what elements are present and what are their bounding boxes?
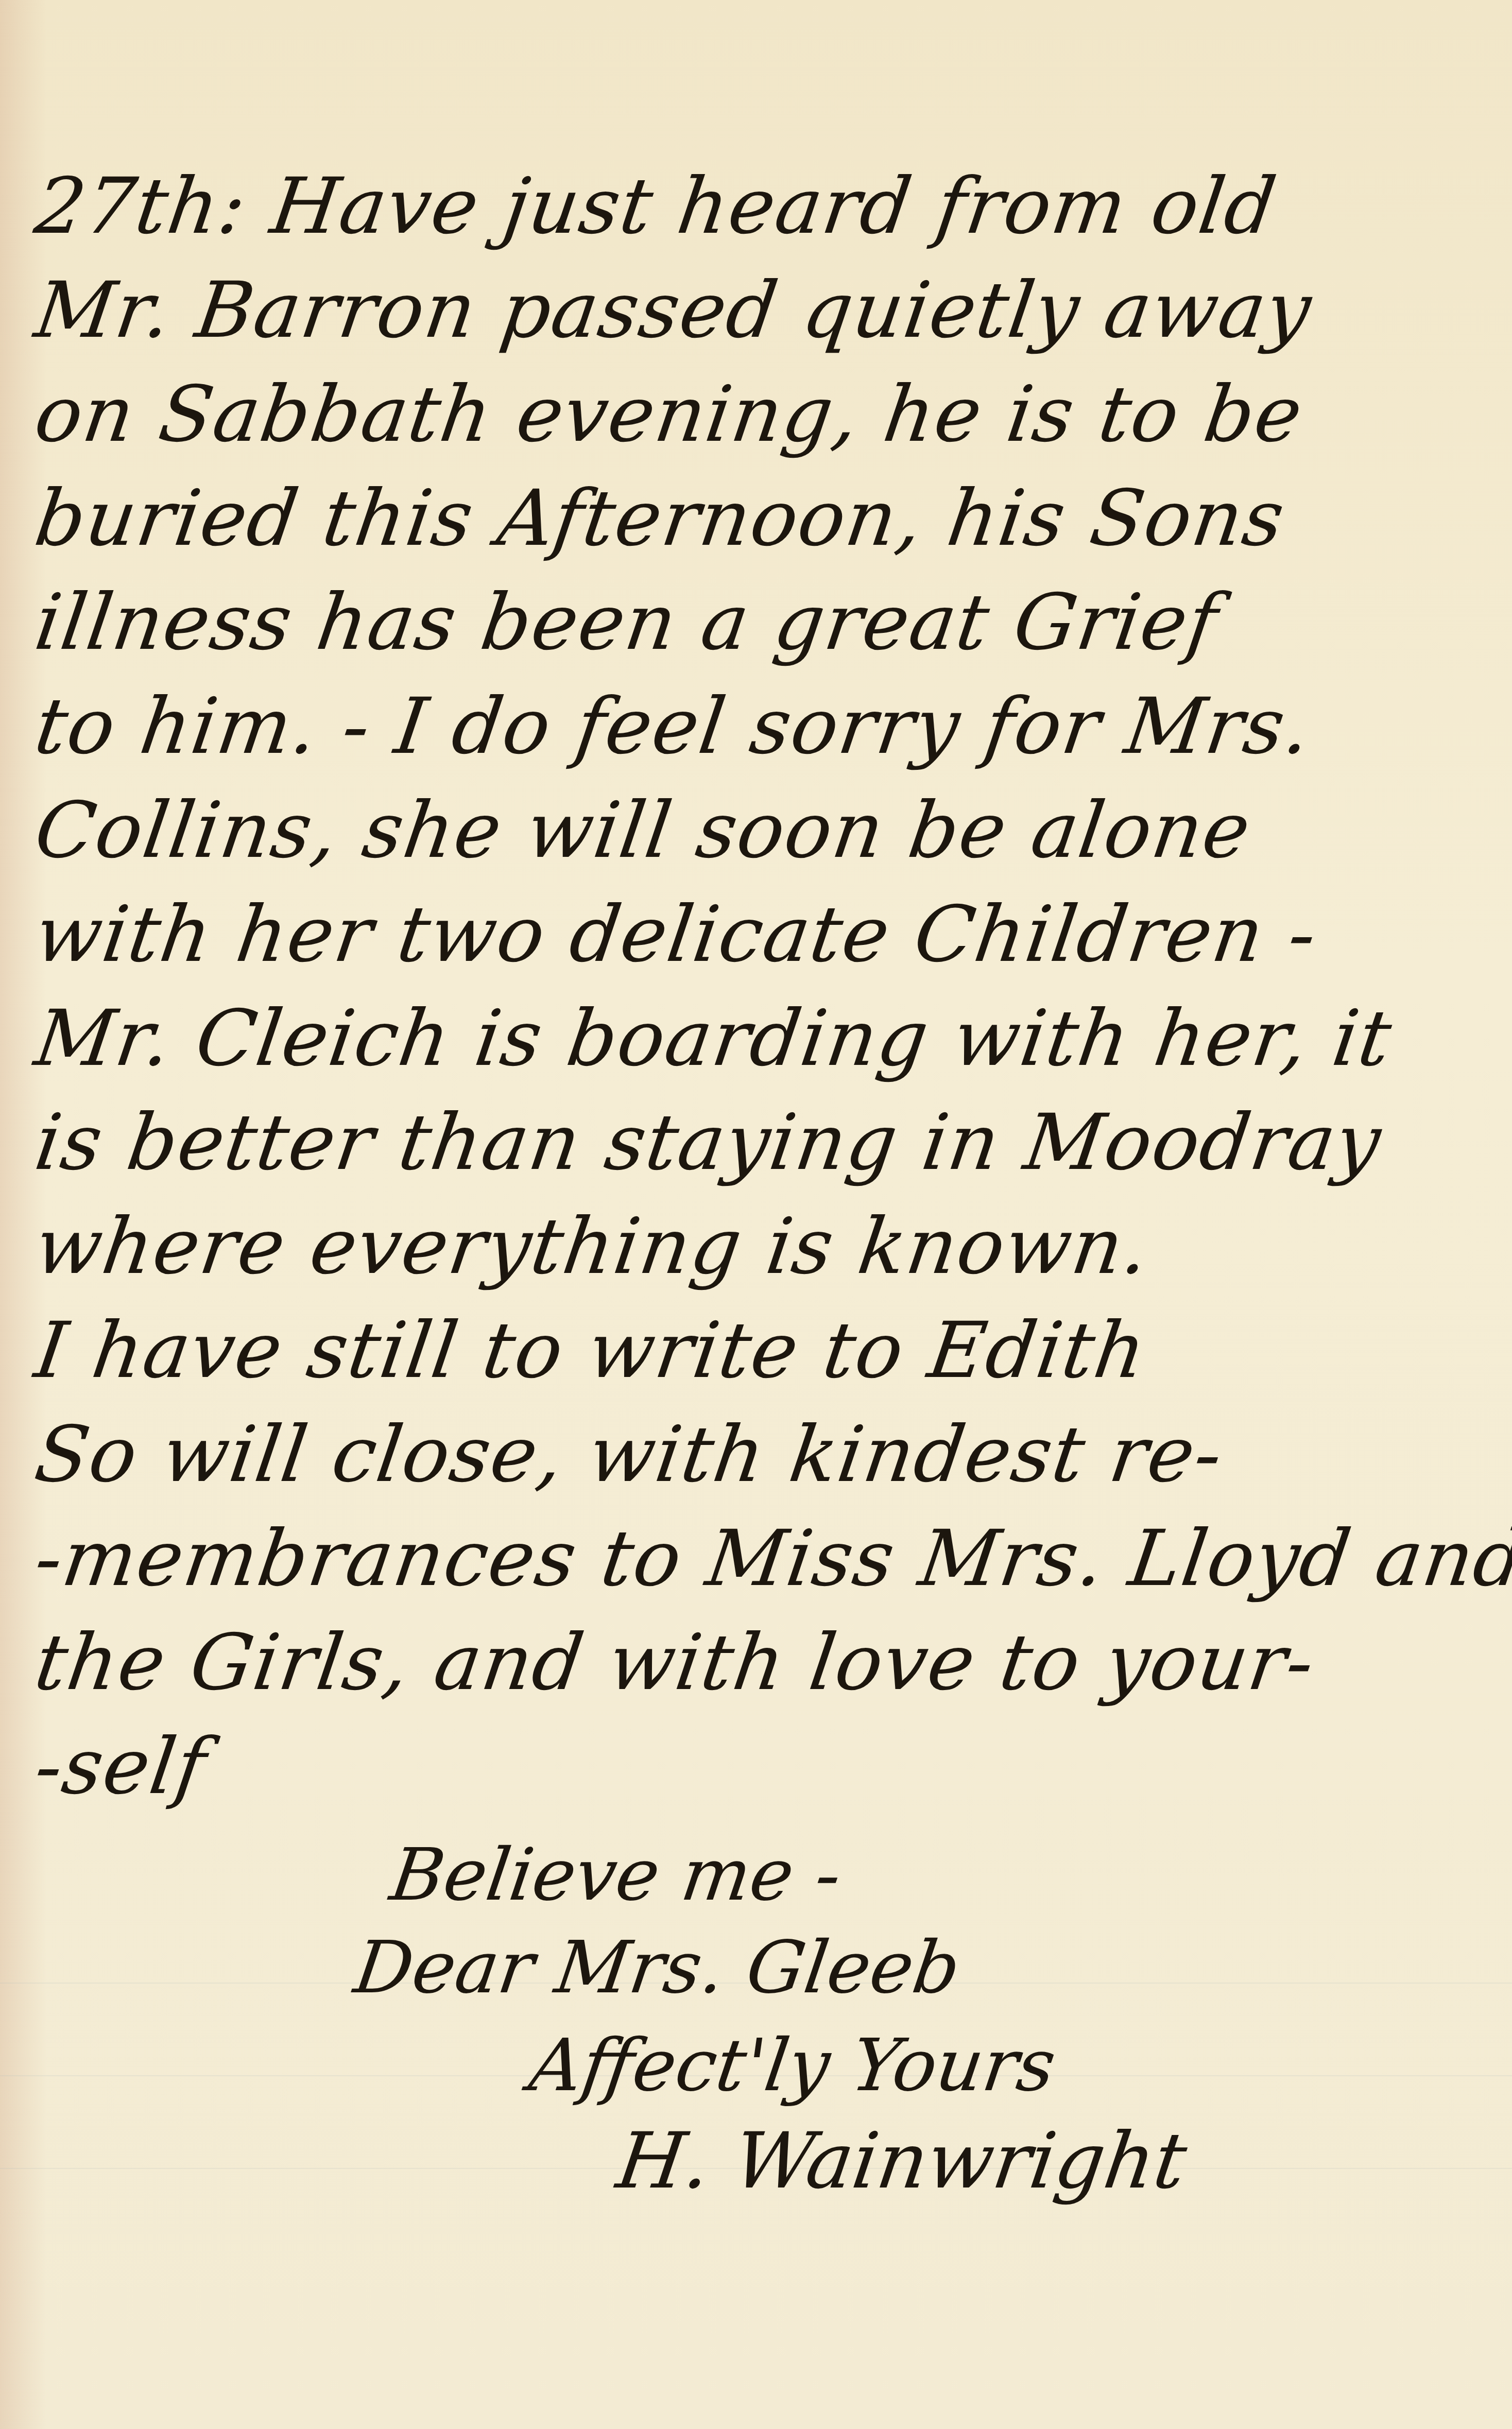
letter-line: So will close, with kindest re-	[29, 1403, 1485, 1507]
letter-line: -membrances to Miss Mrs. Lloyd and	[29, 1507, 1485, 1611]
letter-line: on Sabbath evening, he is to be	[29, 363, 1485, 467]
letter-line: Mr. Cleich is boarding with her, it	[29, 987, 1485, 1091]
letter-line: 27th: Have just heard from old	[29, 154, 1485, 259]
letter-line: the Girls, and with love to your-	[29, 1611, 1485, 1715]
letter-line: where everything is known.	[29, 1195, 1485, 1299]
letter-line: Collins, she will soon be alone	[29, 779, 1485, 883]
signature: H. Wainwright	[612, 2116, 1192, 2206]
letter-line: buried this Afternoon, his Sons	[29, 467, 1485, 571]
closing-line: Believe me -	[386, 1833, 847, 1917]
letter-line: with her two delicate Children -	[29, 883, 1485, 987]
letter-line: -self	[29, 1715, 1485, 1819]
letter-line: I have still to write to Edith	[29, 1299, 1485, 1403]
salutation-line: Dear Mrs. Gleeb	[350, 1926, 966, 2010]
letter-line: to him. - I do feel sorry for Mrs.	[29, 675, 1485, 779]
letter-line: illness has been a great Grief	[29, 571, 1485, 675]
letter-body: 27th: Have just heard from old Mr. Barro…	[36, 154, 1478, 1819]
letter-line: Mr. Barron passed quietly away	[29, 259, 1485, 363]
letter-line: is better than staying in Moodray	[29, 1091, 1485, 1195]
closing-affection: Affect'ly Yours	[525, 2024, 1061, 2108]
